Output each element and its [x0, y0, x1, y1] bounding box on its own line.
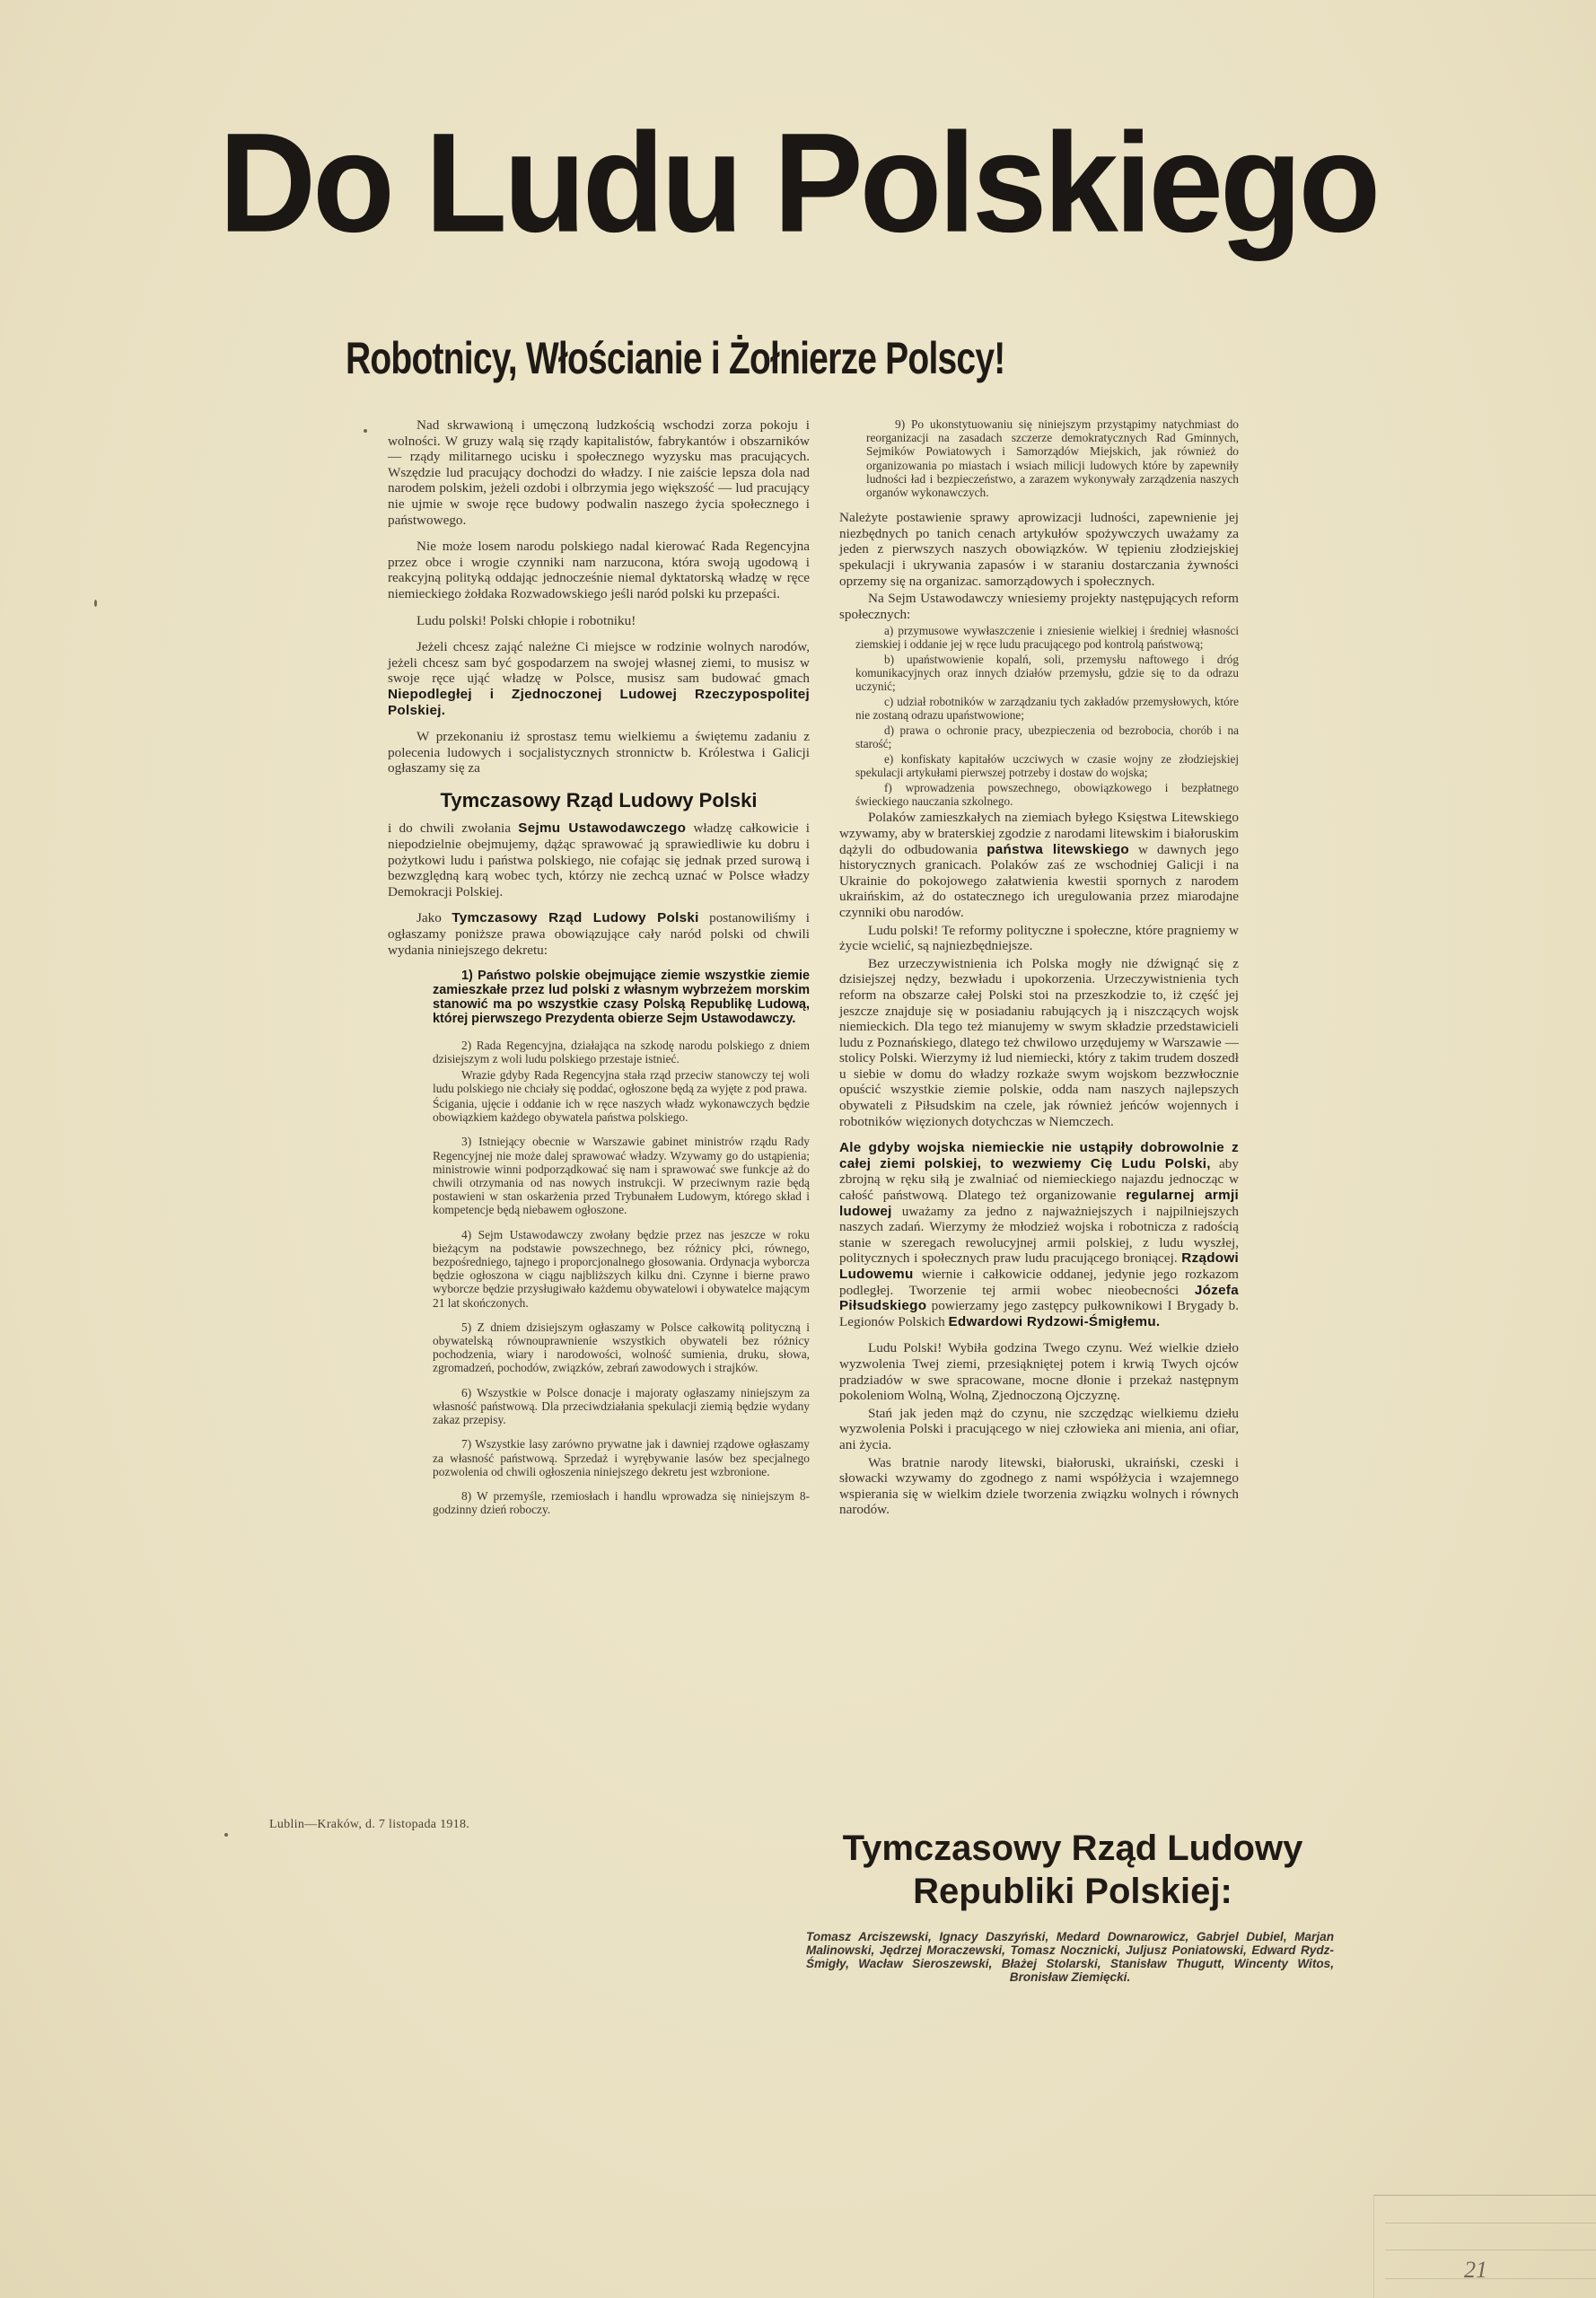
paragraph: Należyte postawienie sprawy aprowizacji … — [839, 510, 1239, 589]
paragraph: Nad skrwawioną i umęczoną ludzkością wsc… — [388, 417, 810, 528]
text-run: uważamy za jedno z najważniejszych i naj… — [839, 1204, 1239, 1267]
reform-item-d: d) prawa o ochronie pracy, ubezpieczenia… — [839, 724, 1239, 750]
signature-title-line-1: Tymczasowy Rząd Ludowy — [803, 1827, 1342, 1870]
ink-speck — [224, 1833, 228, 1837]
text-run: Jako — [417, 910, 452, 925]
paragraph: Polaków zamieszkałych na ziemiach byłego… — [839, 810, 1239, 920]
emphasis: Ale gdyby wojska niemieckie nie ustąpiły… — [839, 1140, 1239, 1171]
paragraph: Ludu polski! Te reformy polityczne i spo… — [839, 923, 1239, 954]
paragraph: Nie może losem narodu polskiego nadal ki… — [388, 539, 810, 601]
paragraph: W przekonaniu iż sprostasz temu wielkiem… — [388, 729, 810, 776]
stamp-rule — [1385, 2278, 1596, 2279]
decree-item-2c: Ścigania, ujęcie i oddanie ich w ręce na… — [433, 1097, 810, 1124]
text-run: i do chwili zwołania — [388, 820, 518, 836]
ink-speck — [94, 600, 97, 607]
paragraph: Bez urzeczywistnienia ich Polska mogły n… — [839, 956, 1239, 1130]
decree-item-7: 7) Wszystkie lasy zarówno prywatne jak i… — [433, 1437, 810, 1478]
decree-item-5: 5) Z dniem dzisiejszym ogłaszamy w Polsc… — [433, 1320, 810, 1375]
decree-item-3: 3) Istniejący obecnie w Warszawie gabine… — [433, 1135, 810, 1216]
decree-item-8: 8) W przemyśle, rzemiosłach i handlu wpr… — [433, 1489, 810, 1516]
paragraph: Jeżeli chcesz zająć należne Ci miejsce w… — [388, 639, 810, 718]
left-column: Nad skrwawioną i umęczoną ludzkością wsc… — [388, 417, 810, 1527]
section-heading: Tymczasowy Rząd Ludowy Polski — [388, 793, 810, 809]
right-column: 9) Po ukonstytuowaniu się niniejszym prz… — [839, 417, 1239, 1529]
paragraph: i do chwili zwołania Sejmu Ustawodawczeg… — [388, 820, 810, 899]
paragraph: Stań jak jeden mąż do czynu, nie szczędz… — [839, 1406, 1239, 1453]
date-place-line: Lublin—Kraków, d. 7 listopada 1918. — [269, 1818, 469, 1832]
decree-item-2: 2) Rada Regencyjna, działająca na szkodę… — [433, 1039, 810, 1066]
paragraph: Ale gdyby wojska niemieckie nie ustąpiły… — [839, 1140, 1239, 1329]
poster-title: Do Ludu Polskiego — [0, 111, 1596, 253]
reform-item-e: e) konfiskaty kapitałów uczciwych w czas… — [839, 752, 1239, 779]
emphasis: państwa litewskiego — [987, 842, 1129, 857]
paragraph: Ludu Polski! Wybiła godzina Twego czynu.… — [839, 1340, 1239, 1403]
decree-item-4: 4) Sejm Ustawodawczy zwołany będzie prze… — [433, 1228, 810, 1310]
text-run: Jeżeli chcesz zająć należne Ci miejsce w… — [388, 639, 810, 686]
decree-item-2b: Wrazie gdyby Rada Regencyjna stała rząd … — [433, 1068, 810, 1095]
emphasis: Tymczasowy Rząd Ludowy Polski — [452, 910, 698, 925]
paragraph: Na Sejm Ustawodawczy wniesiemy projekty … — [839, 591, 1239, 622]
emphasis: Edwardowi Rydzowi-Śmigłemu. — [949, 1314, 1161, 1329]
poster-subtitle: Robotnicy, Włościanie i Żołnierze Polscy… — [346, 332, 1004, 384]
stamp-rule — [1385, 2250, 1596, 2250]
signature-title-line-2: Republiki Polskiej: — [803, 1870, 1342, 1913]
emphasis: Niepodległej i Zjednoczonej Ludowej Rzec… — [388, 687, 810, 718]
decree-list: 1) Państwo polskie obejmujące ziemie wsz… — [388, 969, 810, 1516]
reform-item-f: f) wprowadzenia powszechnego, obowiązkow… — [839, 781, 1239, 808]
reform-item-a: a) przymusowe wywłaszczenie i zniesienie… — [839, 624, 1239, 651]
decree-item-6: 6) Wszystkie w Polsce donacje i majoraty… — [433, 1386, 810, 1427]
signatories-list: Tomasz Arciszewski, Ignacy Daszyński, Me… — [806, 1930, 1334, 1984]
signature-title: Tymczasowy Rząd Ludowy Republiki Polskie… — [803, 1827, 1342, 1913]
reform-item-b: b) upaństwowienie kopalń, soli, przemysł… — [839, 653, 1239, 693]
reform-item-c: c) udział robotników w zarządzaniu tych … — [839, 695, 1239, 722]
decree-item-9: 9) Po ukonstytuowaniu się niniejszym prz… — [839, 417, 1239, 499]
emphasis: Sejmu Ustawodawczego — [518, 820, 686, 836]
archive-stamp: 21 — [1373, 2195, 1596, 2298]
paragraph: Was bratnie narody litewski, białoruski,… — [839, 1455, 1239, 1518]
paragraph: Ludu polski! Polski chłopie i robotniku! — [388, 613, 810, 629]
paragraph: Jako Tymczasowy Rząd Ludowy Polski posta… — [388, 910, 810, 958]
stamp-rule — [1385, 2223, 1596, 2223]
ink-speck — [364, 429, 367, 433]
decree-item-1: 1) Państwo polskie obejmujące ziemie wsz… — [433, 969, 810, 1026]
archive-number: 21 — [1464, 2257, 1487, 2284]
